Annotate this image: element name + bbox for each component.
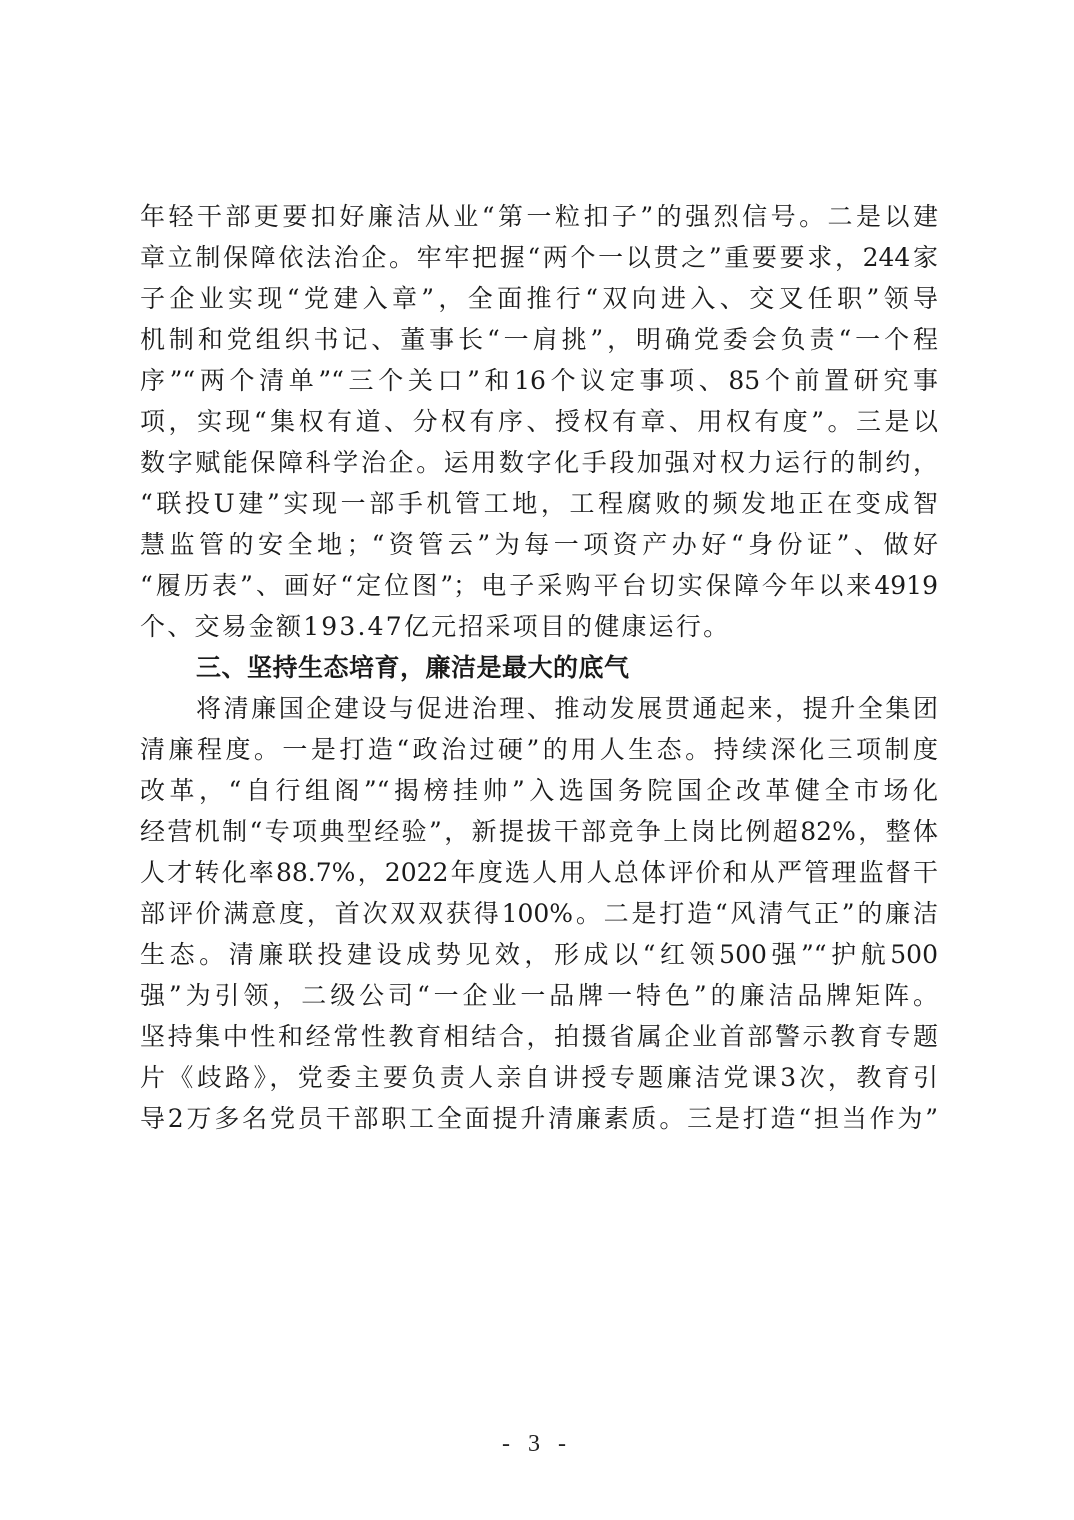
- paragraph-line: 导2万多名党员干部职工全面提升清廉素质。三是打造“担当作为”: [140, 1098, 938, 1139]
- paragraph-line: 数字赋能保障科学治企。运用数字化手段加强对权力运行的制约，: [140, 442, 938, 483]
- paragraph-line: 子企业实现“党建入章”，全面推行“双向进入、交叉任职”领导: [140, 278, 938, 319]
- paragraph-line: 机制和党组织书记、董事长“一肩挑”，明确党委会负责“一个程: [140, 319, 938, 360]
- paragraph-line: “履历表”、画好“定位图”；电子采购平台切实保障今年以来4919: [140, 565, 938, 606]
- paragraph-line: 经营机制“专项典型经验”，新提拔干部竞争上岗比例超82%，整体: [140, 811, 938, 852]
- paragraph-line: 人才转化率88.7%，2022年度选人用人总体评价和从严管理监督干: [140, 852, 938, 893]
- paragraph-line: 部评价满意度，首次双双获得100%。二是打造“风清气正”的廉洁: [140, 893, 938, 934]
- body-text: 年轻干部更要扣好廉洁从业“第一粒扣子”的强烈信号。二是以建 章立制保障依法治企。…: [140, 196, 938, 1139]
- paragraph-line: 项，实现“集权有道、分权有序、授权有章、用权有度”。三是以: [140, 401, 938, 442]
- paragraph-line: 改革，“自行组阁”“揭榜挂帅”入选国务院国企改革健全市场化: [140, 770, 938, 811]
- paragraph-line: “联投U建”实现一部手机管工地，工程腐败的频发地正在变成智: [140, 483, 938, 524]
- paragraph-line: 坚持集中性和经常性教育相结合，拍摄省属企业首部警示教育专题: [140, 1016, 938, 1057]
- paragraph-line: 将清廉国企建设与促进治理、推动发展贯通起来，提升全集团: [140, 688, 938, 729]
- paragraph-line: 慧监管的安全地；“资管云”为每一项资产办好“身份证”、做好: [140, 524, 938, 565]
- section-heading: 三、坚持生态培育，廉洁是最大的底气: [140, 647, 938, 688]
- paragraph-line: 清廉程度。一是打造“政治过硬”的用人生态。持续深化三项制度: [140, 729, 938, 770]
- paragraph-line: 片《歧路》，党委主要负责人亲自讲授专题廉洁党课3次，教育引: [140, 1057, 938, 1098]
- paragraph-line: 强”为引领，二级公司“一企业一品牌一特色”的廉洁品牌矩阵。: [140, 975, 938, 1016]
- paragraph-line: 章立制保障依法治企。牢牢把握“两个一以贯之”重要要求，244家: [140, 237, 938, 278]
- document-page: 年轻干部更要扣好廉洁从业“第一粒扣子”的强烈信号。二是以建 章立制保障依法治企。…: [0, 0, 1074, 1520]
- page-number: - 3 -: [0, 1431, 1074, 1458]
- paragraph-line: 个、交易金额193.47亿元招采项目的健康运行。: [140, 606, 938, 647]
- paragraph-line: 序”“两个清单”“三个关口”和16个议定事项、85个前置研究事: [140, 360, 938, 401]
- paragraph-line: 生态。清廉联投建设成势见效，形成以“红领500强”“护航500: [140, 934, 938, 975]
- paragraph-line: 年轻干部更要扣好廉洁从业“第一粒扣子”的强烈信号。二是以建: [140, 196, 938, 237]
